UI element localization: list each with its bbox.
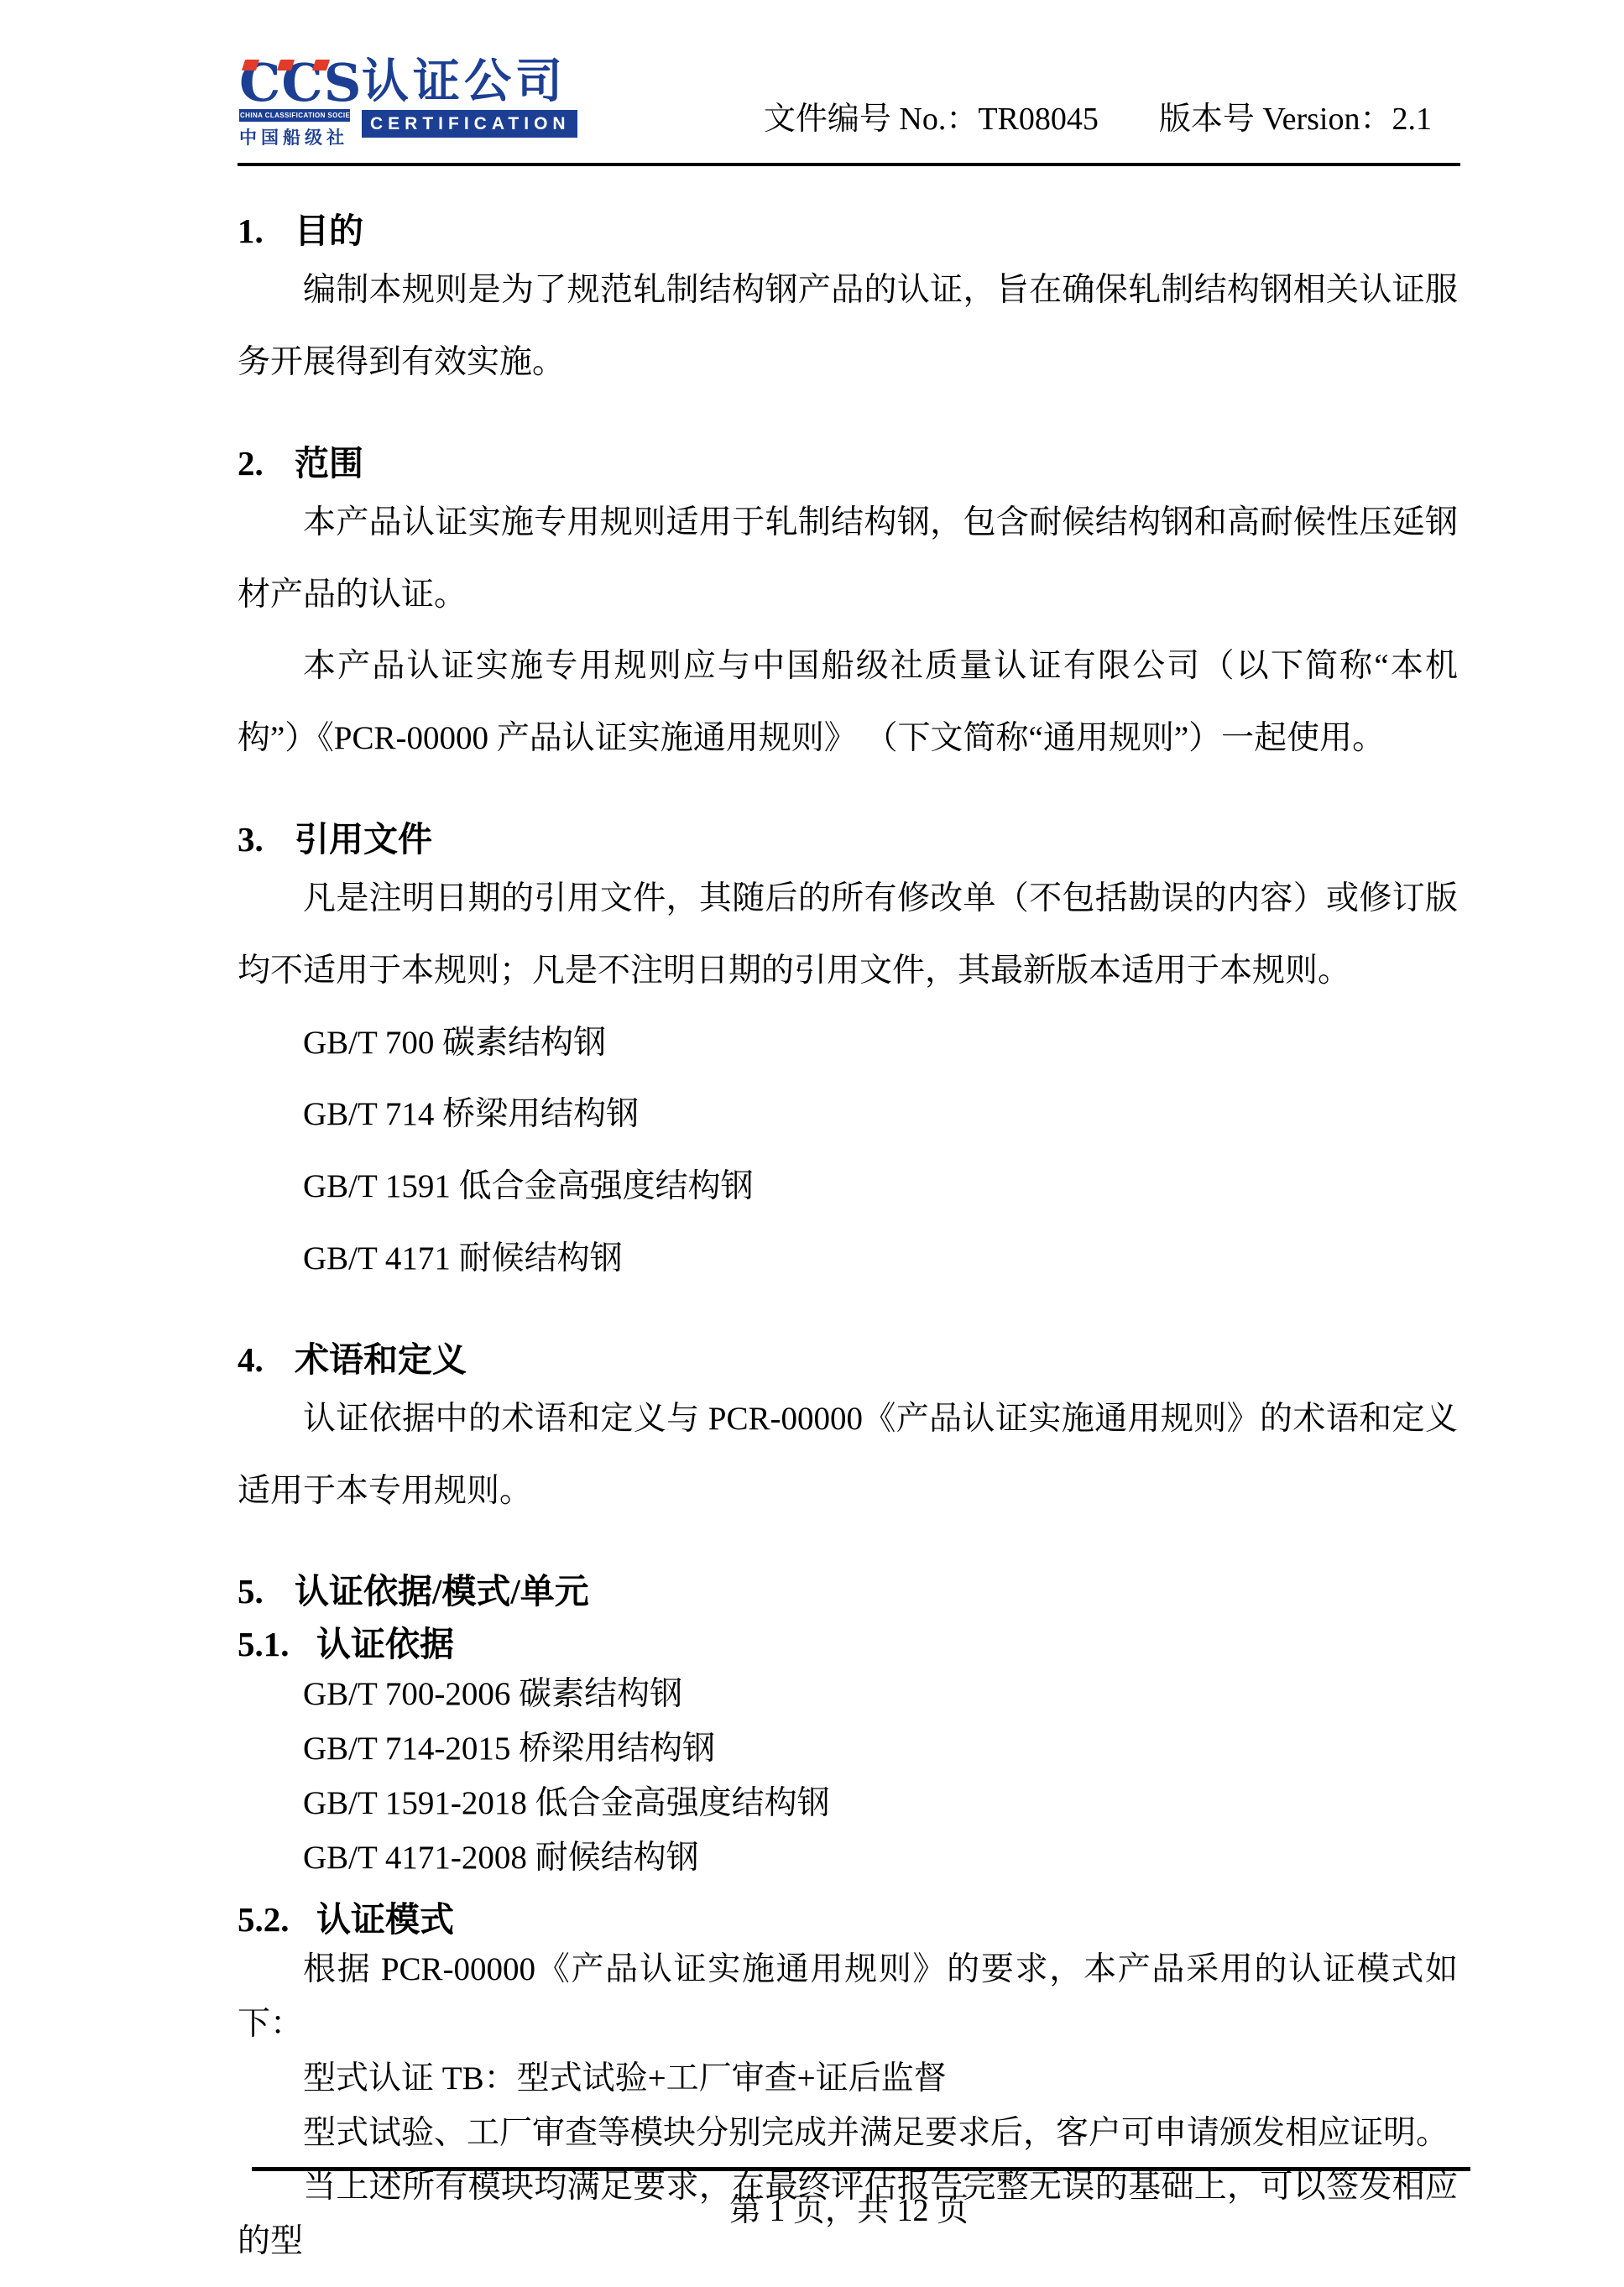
- certification-banner: CERTIFICATION: [362, 110, 577, 138]
- ccs-logo-right: 认证公司 CERTIFICATION: [362, 59, 577, 138]
- list-item: GB/T 700-2006 碳素结构钢: [238, 1668, 1458, 1722]
- section-heading: 5.1.认证依据: [238, 1626, 1458, 1663]
- section-heading: 5.认证依据/模式/单元: [238, 1574, 1458, 1610]
- section-number: 2.: [238, 446, 295, 482]
- paragraph: 本产品认证实施专用规则应与中国船级社质量认证有限公司（以下简称“本机构”）《PC…: [238, 630, 1458, 775]
- section-title: 引用文件: [295, 822, 432, 858]
- header-info: 文件编号 No.：TR08045 版本号 Version：2.1: [764, 92, 1460, 138]
- header-divider: [238, 163, 1460, 166]
- document-body: 1.目的编制本规则是为了规范轧制结构钢产品的认证，旨在确保轧制结构钢相关认证服务…: [0, 213, 1624, 2269]
- section-title: 目的: [295, 213, 363, 249]
- section-heading: 2.范围: [238, 446, 1458, 482]
- section-5-1: 5.1.认证依据GB/T 700-2006 碳素结构钢GB/T 714-2015…: [238, 1626, 1458, 1885]
- section-title: 认证依据: [316, 1626, 454, 1663]
- list-item: GB/T 4171 耐候结构钢: [238, 1223, 1458, 1295]
- section-number: 3.: [238, 822, 295, 858]
- section-number: 1.: [238, 213, 295, 249]
- doc-number: 文件编号 No.：TR08045: [764, 92, 1099, 138]
- section-1: 1.目的编制本规则是为了规范轧制结构钢产品的认证，旨在确保轧制结构钢相关认证服务…: [238, 213, 1458, 399]
- paragraph: 型式试验、工厂审查等模块分别完成并满足要求后，客户可申请颁发相应证明。: [238, 2107, 1458, 2161]
- section-title: 范围: [295, 446, 363, 482]
- document-page: CCS CHINA CLASSIFICATION SOCIETY 中国船级社 认…: [0, 0, 1624, 2287]
- list-item: GB/T 714 桥梁用结构钢: [238, 1078, 1458, 1151]
- section-4: 4.术语和定义认证依据中的术语和定义与 PCR-00000《产品认证实施通用规则…: [238, 1342, 1458, 1527]
- list-item: 型式认证 TB：型式试验+工厂审查+证后监督: [238, 2052, 1458, 2107]
- paragraph: 凡是注明日期的引用文件，其随后的所有修改单（不包括勘误的内容）或修订版均不适用于…: [238, 863, 1458, 1007]
- footer-divider: [252, 2167, 1470, 2171]
- section-heading: 5.2.认证模式: [238, 1902, 1458, 1938]
- list-item: GB/T 714-2015 桥梁用结构钢: [238, 1722, 1458, 1777]
- ccs-wordmark: CCS: [239, 59, 350, 107]
- paragraph: 本产品认证实施专用规则适用于轧制结构钢，包含耐候结构钢和高耐候性压延钢材产品的认…: [238, 487, 1458, 631]
- section-title: 术语和定义: [295, 1342, 467, 1378]
- section-2: 2.范围本产品认证实施专用规则适用于轧制结构钢，包含耐候结构钢和高耐候性压延钢材…: [238, 446, 1458, 775]
- list-item: GB/T 700 碳素结构钢: [238, 1007, 1458, 1079]
- paragraph: 编制本规则是为了规范轧制结构钢产品的认证，旨在确保轧制结构钢相关认证服务开展得到…: [238, 254, 1458, 399]
- paragraph: 认证依据中的术语和定义与 PCR-00000《产品认证实施通用规则》的术语和定义…: [238, 1383, 1458, 1527]
- section-heading: 4.术语和定义: [238, 1342, 1458, 1378]
- company-name-cn: 认证公司: [362, 59, 577, 106]
- section-heading: 3.引用文件: [238, 822, 1458, 858]
- section-number: 4.: [238, 1342, 295, 1378]
- section-number: 5.2.: [238, 1902, 316, 1938]
- page-number: 第 1 页，共 12 页: [238, 2184, 1460, 2230]
- paragraph: 根据 PCR-00000《产品认证实施通用规则》的要求，本产品采用的认证模式如下…: [238, 1943, 1458, 2051]
- list-item: GB/T 1591-2018 低合金高强度结构钢: [238, 1777, 1458, 1831]
- list-item: GB/T 1591 低合金高强度结构钢: [238, 1151, 1458, 1223]
- list-item: GB/T 4171-2008 耐候结构钢: [238, 1831, 1458, 1886]
- section-number: 5.1.: [238, 1626, 316, 1663]
- section-5: 5.认证依据/模式/单元: [238, 1574, 1458, 1610]
- page-header: CCS CHINA CLASSIFICATION SOCIETY 中国船级社 认…: [0, 0, 1624, 149]
- section-3: 3.引用文件凡是注明日期的引用文件，其随后的所有修改单（不包括勘误的内容）或修订…: [238, 822, 1458, 1295]
- section-title: 认证依据/模式/单元: [295, 1574, 589, 1610]
- section-title: 认证模式: [316, 1902, 454, 1938]
- ccs-logo-left: CCS CHINA CLASSIFICATION SOCIETY 中国船级社: [239, 59, 350, 149]
- version-number: 版本号 Version：2.1: [1159, 92, 1432, 138]
- section-heading: 1.目的: [238, 213, 1458, 249]
- ccs-logo: CCS CHINA CLASSIFICATION SOCIETY 中国船级社 认…: [239, 59, 577, 149]
- section-number: 5.: [238, 1574, 295, 1610]
- society-name-cn: 中国船级社: [239, 124, 350, 149]
